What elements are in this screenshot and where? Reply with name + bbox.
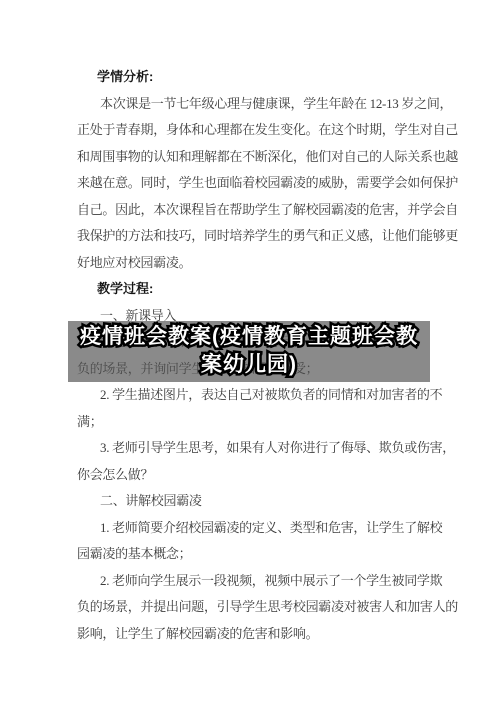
- text-line: 教学过程:: [97, 280, 153, 297]
- text-line: 满；: [77, 413, 102, 430]
- text-line: 2. 学生描述图片，表达自己对被欺负者的同情和对加害者的不: [100, 386, 442, 403]
- text-line: 和周围事物的认知和理解都在不断深化，他们对自己的人际关系也越: [77, 148, 458, 165]
- text-line: 3. 老师引导学生思考，如果有人对你进行了侮辱、欺负或伤害，: [100, 439, 455, 456]
- overlay-title-text-2: 案幼儿园): [201, 353, 297, 376]
- overlay-title: 疫情班会教案(疫情教育主题班会教 案幼儿园): [68, 323, 430, 379]
- text-line: 一、新课导入: [100, 307, 176, 324]
- text-line: 来越在意。同时，学生也面临着校园霸凌的威胁，需要学会如何保护: [77, 174, 458, 191]
- text-line: 园霸凌的基本概念；: [77, 545, 191, 562]
- overlay-title-text-1: 疫情班会教案(疫情教育主题班会教: [80, 325, 418, 348]
- text-line: 1. 老师简要介绍校园霸凌的定义、类型和危害，让学生了解校: [100, 519, 442, 536]
- text-line: 学情分析:: [97, 68, 153, 85]
- text-line: 好地应对校园霸凌。: [77, 254, 191, 271]
- overlay-title-line-1: 疫情班会教案(疫情教育主题班会教: [68, 323, 430, 351]
- text-line: 影响，让学生了解校园霸凌的危害和影响。: [77, 625, 318, 642]
- text-line: 正处于青春期，身体和心理都在发生变化。在这个时期，学生对自己: [77, 121, 458, 138]
- text-line: 你会怎么做？: [77, 466, 153, 483]
- text-line: 负的场景，并提出问题，引导学生思考校园霸凌对被害人和加害人的: [77, 598, 458, 615]
- text-line: 二、讲解校园霸凌: [100, 492, 202, 509]
- text-line: 自己。因此，本次课程旨在帮助学生了解校园霸凌的危害，并学会自: [77, 201, 458, 218]
- document-page: 学情分析:本次课是一节七年级心理与健康课，学生年龄在 12-13 岁之间，正处于…: [0, 0, 500, 707]
- text-line: 本次课是一节七年级心理与健康课，学生年龄在 12-13 岁之间，: [100, 95, 452, 112]
- text-line: 我保护的方法和技巧，同时培养学生的勇气和正义感，让他们能够更: [77, 227, 458, 244]
- overlay-title-line-2: 案幼儿园): [68, 351, 430, 379]
- text-line: 2. 老师向学生展示一段视频，视频中展示了一个学生被同学欺: [100, 572, 442, 589]
